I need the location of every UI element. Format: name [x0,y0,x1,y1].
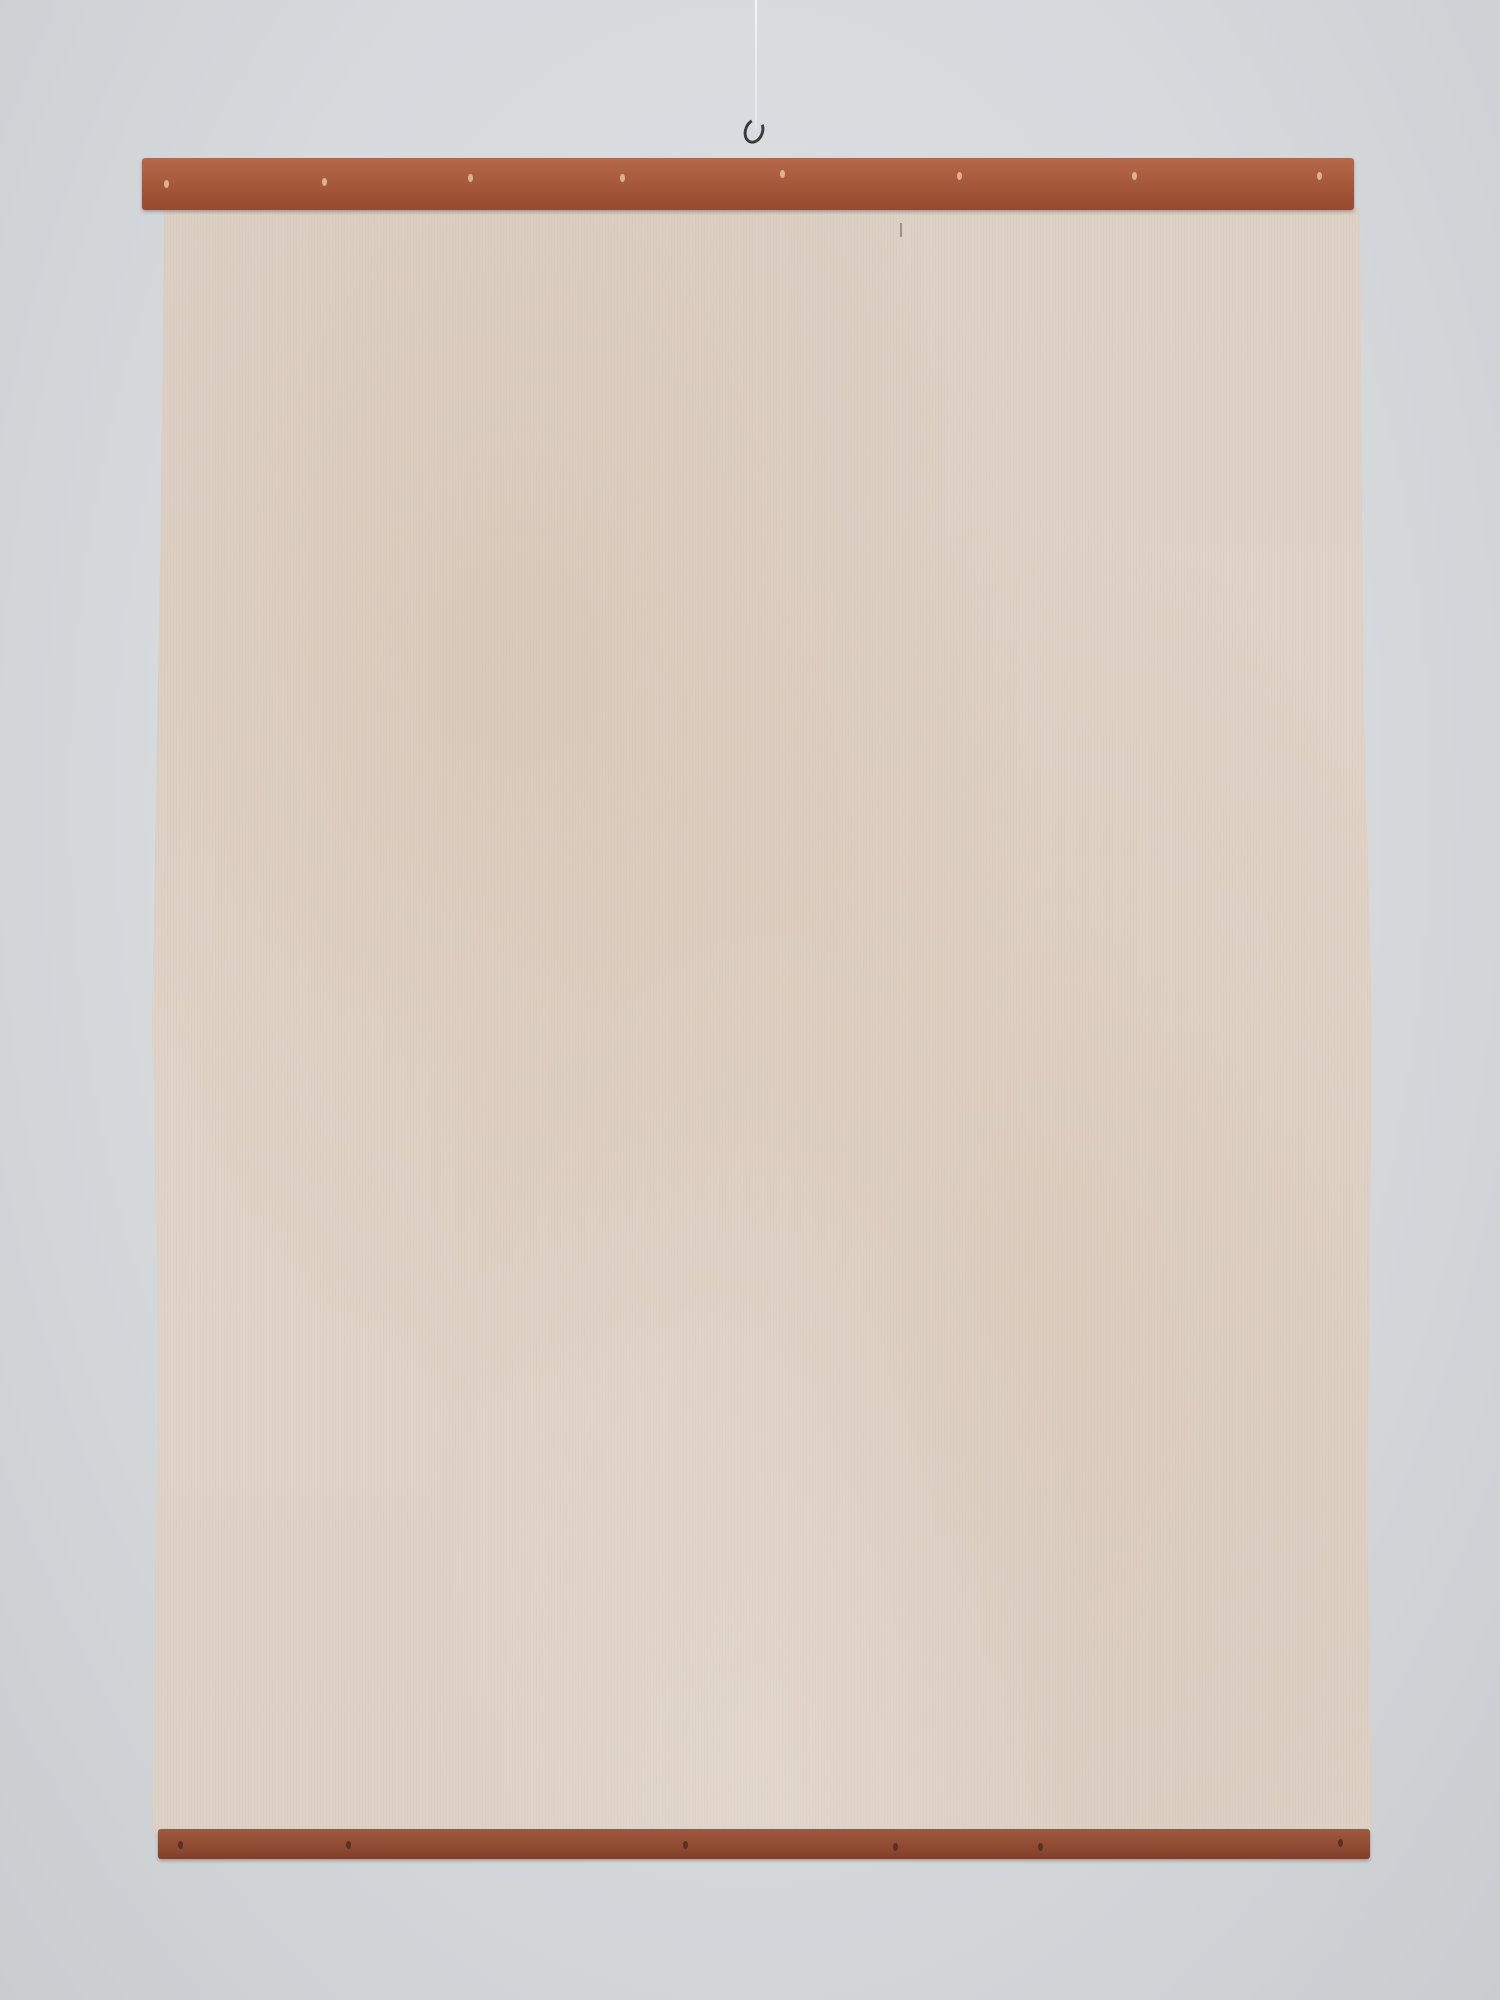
canvas-mark [900,223,902,237]
wall-hook [740,115,768,146]
nail [1038,1843,1043,1851]
nail [620,174,625,182]
bottom-wooden-rail [158,1829,1370,1859]
nail [164,180,169,188]
nail [178,1841,183,1849]
nail [1132,172,1137,180]
nail [780,170,785,178]
nail [1338,1839,1343,1847]
nail [1317,172,1322,180]
nail [346,1841,351,1849]
nail [683,1841,688,1849]
nail [468,174,473,182]
nail [322,178,327,186]
hanging-wire [755,0,757,130]
top-wooden-rail [142,158,1354,210]
blank-canvas [152,208,1372,1833]
nail [893,1843,898,1851]
nail [957,172,962,180]
